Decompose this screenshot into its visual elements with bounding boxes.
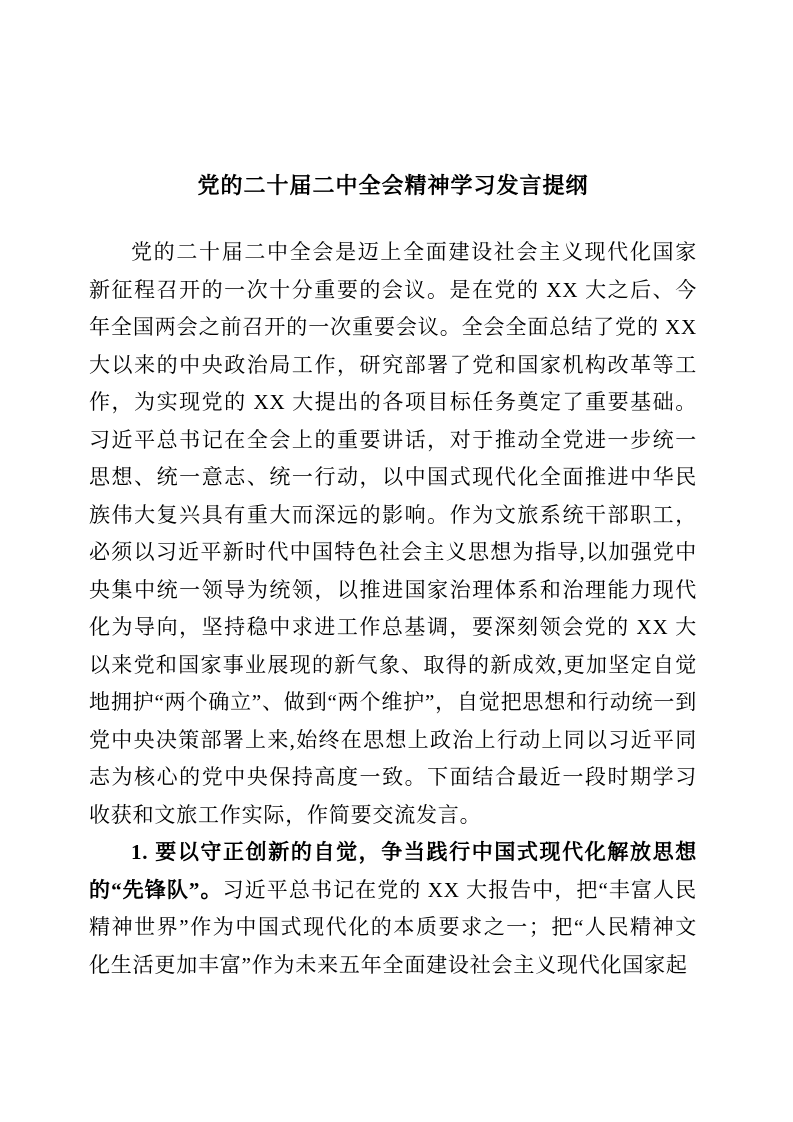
paragraph-1-text: 党的二十届二中全会是迈上全面建设社会主义现代化国家新征程召开的一次十分重要的会议… xyxy=(89,240,697,827)
document-title: 党的二十届二中全会精神学习发言提纲 xyxy=(89,167,697,204)
paragraph-1: 党的二十届二中全会是迈上全面建设社会主义现代化国家新征程召开的一次十分重要的会议… xyxy=(89,234,697,834)
document-page: 党的二十届二中全会精神学习发言提纲 党的二十届二中全会是迈上全面建设社会主义现代… xyxy=(0,0,793,1122)
paragraph-2: 1. 要以守正创新的自觉，争当践行中国式现代化解放思想的“先锋队”。习近平总书记… xyxy=(89,834,697,984)
